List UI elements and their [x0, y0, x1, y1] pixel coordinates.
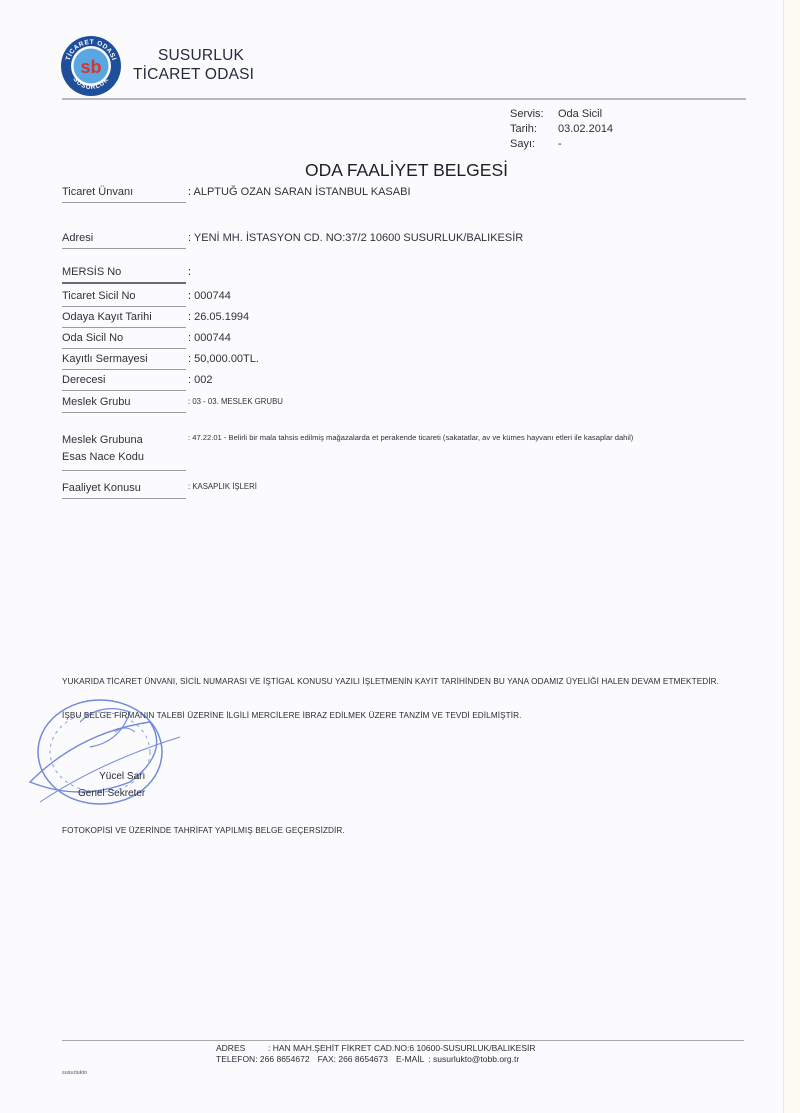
field-value: : 000744	[188, 332, 231, 344]
servis-label: Servis:	[510, 107, 558, 122]
document-page: sb TİCARET ODASI SUSURLUK SUSURLUK TİCAR…	[0, 0, 783, 1113]
organization-name: SUSURLUK TİCARET ODASI	[133, 46, 254, 84]
field-label: Ticaret Sicil No	[62, 290, 186, 307]
field-label: Odaya Kayıt Tarihi	[62, 311, 186, 328]
servis-value: Oda Sicil	[558, 107, 602, 122]
footer-telefon-label: TELEFON	[216, 1054, 255, 1065]
sayi-value: -	[558, 137, 562, 152]
field-value: : KASAPLIK İŞLERİ	[188, 482, 257, 491]
field-label: Meslek Grubu	[62, 396, 186, 413]
scan-edge	[783, 0, 800, 1113]
field-value: : 50,000.00TL.	[188, 353, 259, 365]
signature-block: Yücel Sarı Genel Sekreter	[78, 768, 145, 802]
svg-text:sb: sb	[80, 57, 101, 77]
field-value: : 000744	[188, 290, 231, 302]
field-label-line2: Esas Nace Kodu	[62, 451, 144, 463]
validity-warning: FOTOKOPİSİ VE ÜZERİNDE TAHRİFAT YAPILMIŞ…	[62, 825, 345, 836]
official-stamp-icon	[20, 692, 200, 832]
org-name-line1: SUSURLUK	[133, 46, 254, 65]
document-title: ODA FAALİYET BELGESİ	[0, 160, 783, 181]
footer-email-value[interactable]: : susurlukto@tobb.org.tr	[428, 1054, 519, 1065]
footer-adres-label: ADRES	[216, 1043, 268, 1054]
field-label: MERSİS No	[62, 266, 186, 284]
reference-code: susurlukto	[62, 1070, 87, 1076]
footer-fax-label: FAX	[318, 1054, 334, 1065]
field-label: Kayıtlı Sermayesi	[62, 353, 186, 370]
header-divider	[62, 98, 746, 100]
field-label: Oda Sicil No	[62, 332, 186, 349]
field-label: Meslek Grubuna Esas Nace Kodu	[62, 432, 186, 471]
org-name-line2: TİCARET ODASI	[133, 65, 254, 84]
field-value: : 03 - 03. MESLEK GRUBU	[188, 397, 283, 406]
footer-adres-value: : HAN MAH.ŞEHİT FİKRET CAD.NO:6 10600-SU…	[268, 1043, 536, 1054]
footer-fax-value: : 266 8654673	[334, 1054, 388, 1065]
field-value: : 002	[188, 374, 212, 386]
tarih-label: Tarih:	[510, 122, 558, 137]
field-value: :	[188, 266, 191, 278]
field-label: Derecesi	[62, 374, 186, 391]
field-label: Ticaret Ünvanı	[62, 186, 186, 203]
field-value: : 47.22.01 - Belirli bir mala tahsis edi…	[188, 432, 753, 443]
tarih-value: 03.02.2014	[558, 122, 613, 137]
field-value: : ALPTUĞ OZAN SARAN İSTANBUL KASABI	[188, 186, 411, 198]
footer-email-label: E-MAİL	[396, 1054, 424, 1065]
field-label: Faaliyet Konusu	[62, 482, 186, 499]
chamber-seal-icon: sb TİCARET ODASI SUSURLUK	[60, 35, 122, 97]
field-label-line1: Meslek Grubuna	[62, 434, 143, 446]
document-meta: Servis:Oda Sicil Tarih:03.02.2014 Sayı:-	[510, 107, 613, 152]
signatory-name: Yücel Sarı	[78, 768, 145, 785]
sayi-label: Sayı:	[510, 137, 558, 152]
field-value: : 26.05.1994	[188, 311, 249, 323]
footer-contact: ADRES : HAN MAH.ŞEHİT FİKRET CAD.NO:6 10…	[216, 1043, 536, 1065]
membership-statement: YUKARIDA TİCARET ÜNVANI, SİCİL NUMARASI …	[62, 676, 742, 687]
signatory-title: Genel Sekreter	[78, 785, 145, 802]
footer-divider	[62, 1040, 744, 1041]
field-label: Adresi	[62, 232, 186, 249]
footer-telefon-value: : 266 8654672	[255, 1054, 309, 1065]
field-value: : YENİ MH. İSTASYON CD. NO:37/2 10600 SU…	[188, 232, 523, 244]
